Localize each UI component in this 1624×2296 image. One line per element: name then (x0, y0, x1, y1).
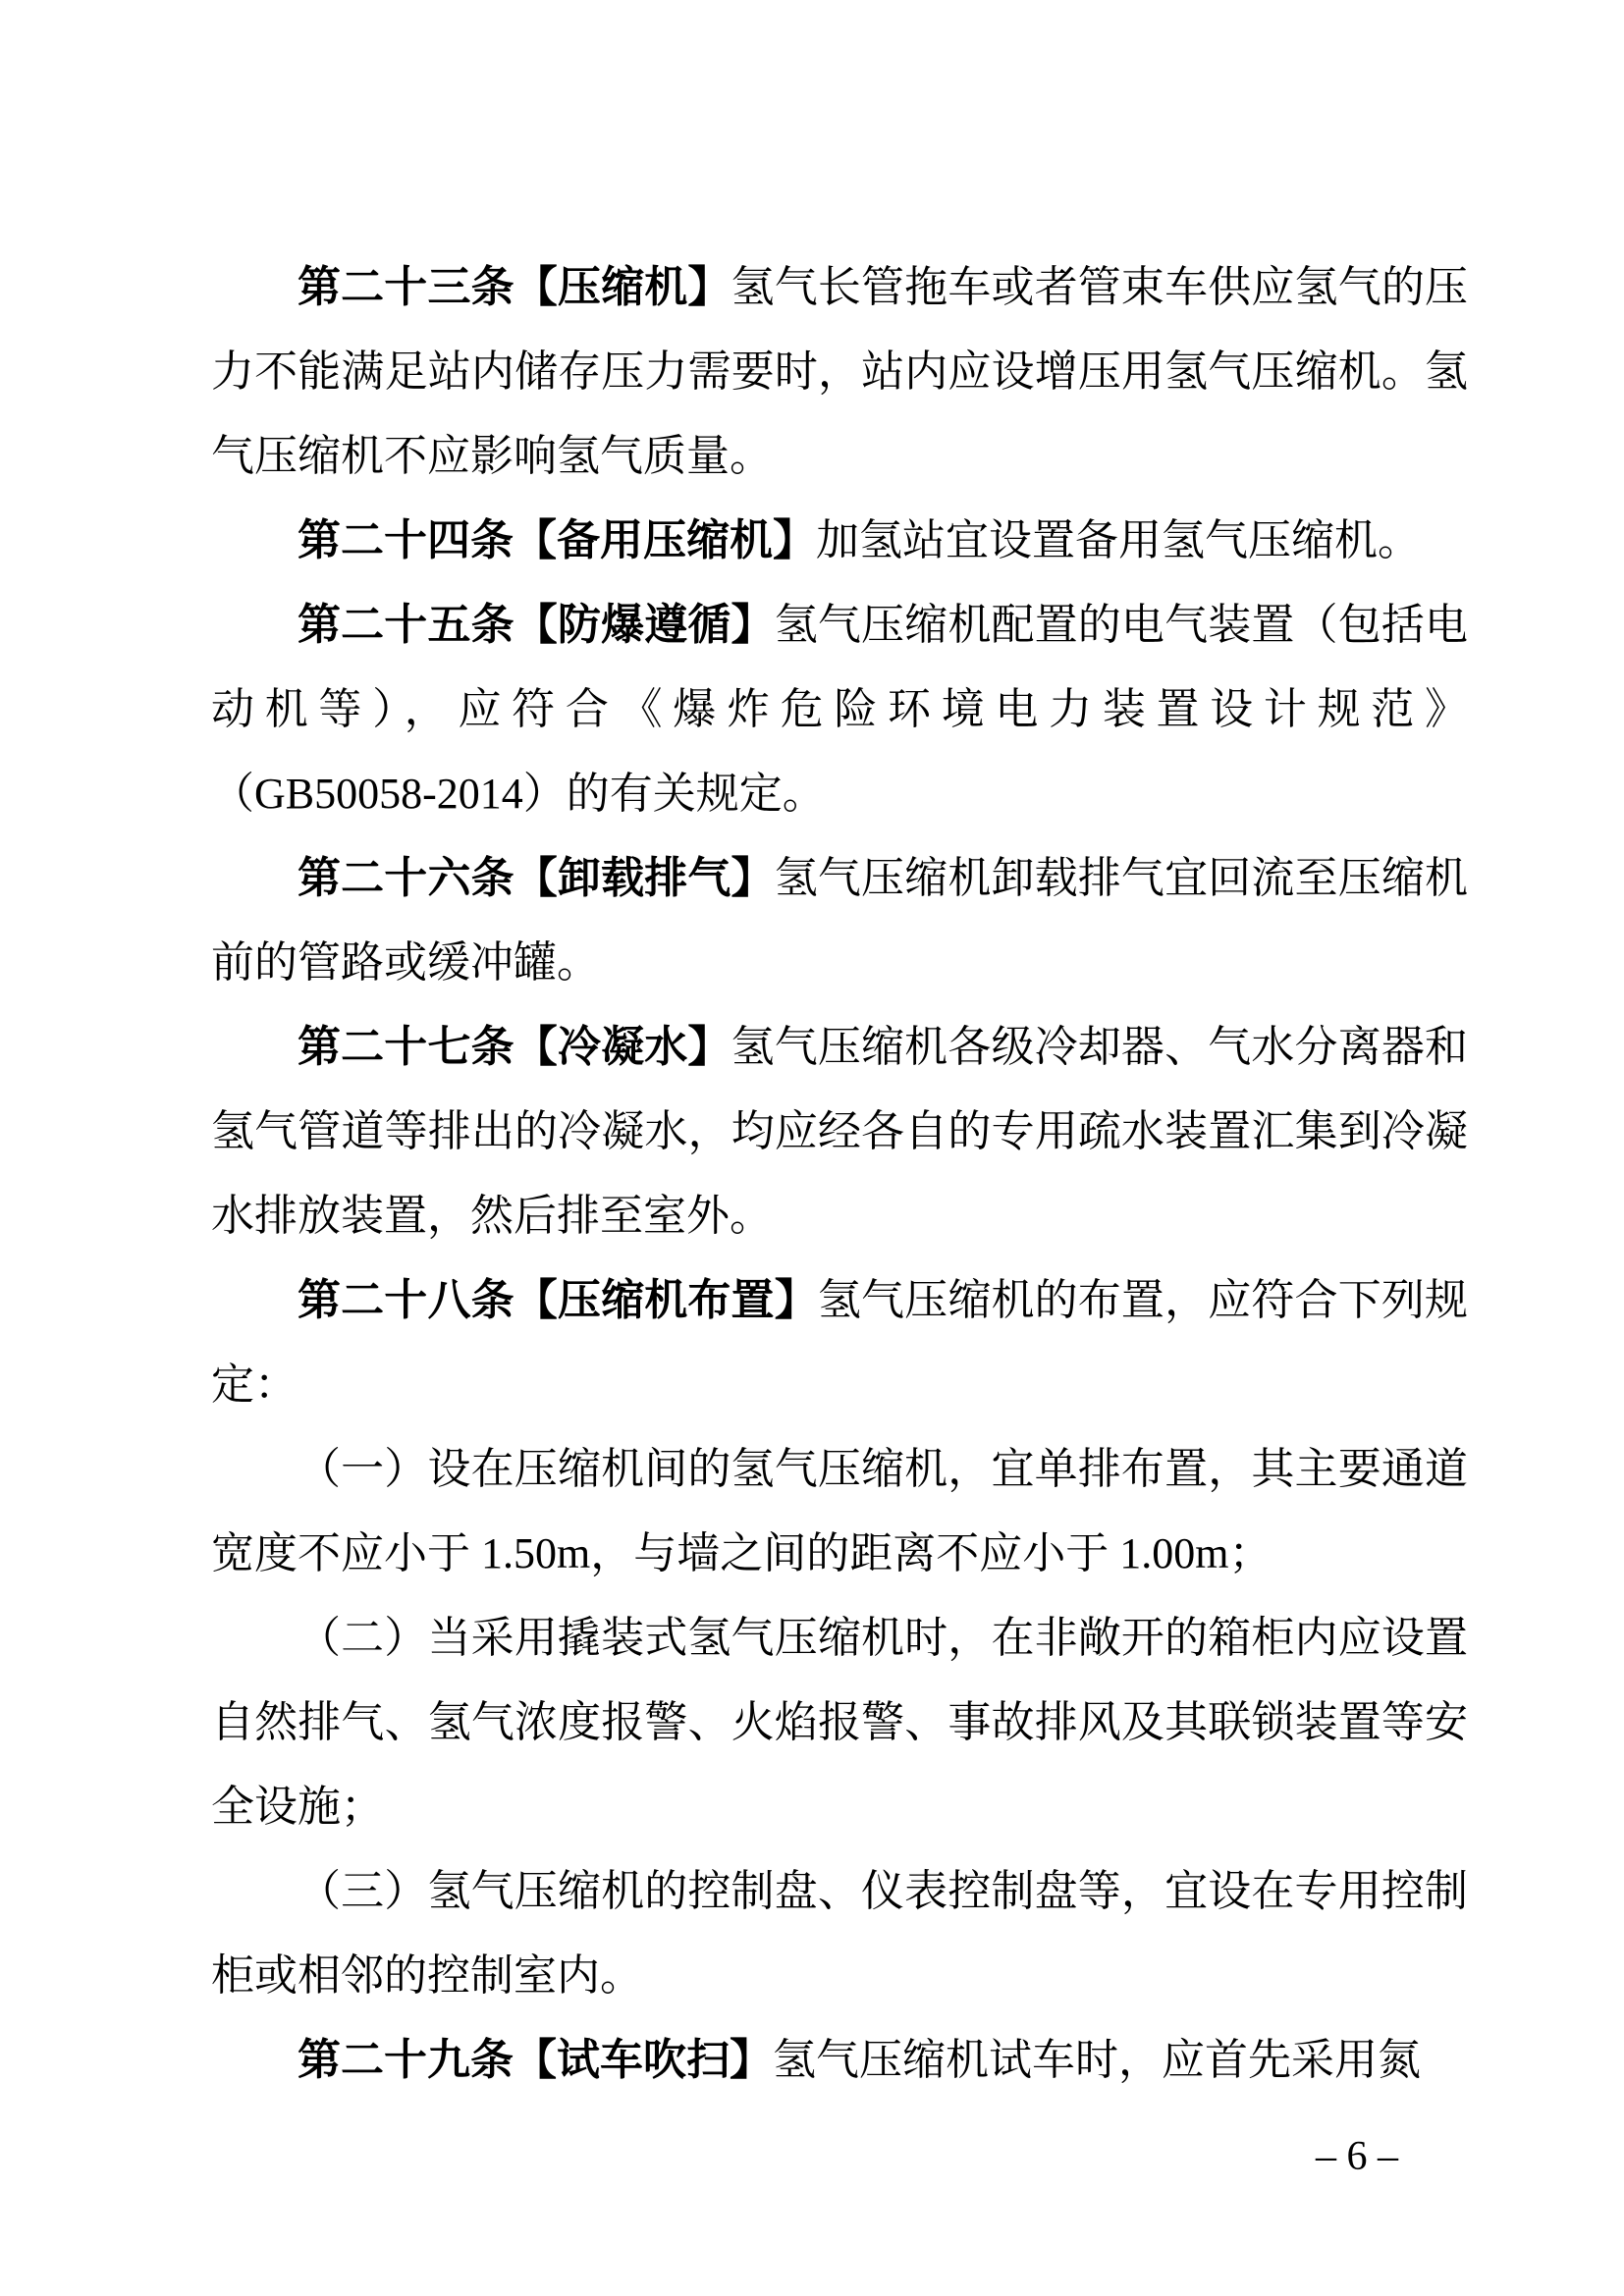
article-23-heading: 第二十三条【压缩机】 (298, 263, 731, 311)
paragraph-article-27: 第二十七条【冷凝水】氢气压缩机各级冷却器、气水分离器和氢气管道等排出的冷凝水，均… (211, 1005, 1468, 1258)
article-29-heading: 第二十九条【试车吹扫】 (298, 2036, 773, 2084)
page-number: – 6 – (1316, 2132, 1398, 2181)
article-26-heading: 第二十六条【卸载排气】 (298, 854, 775, 902)
article-29-text: 氢气压缩机试车时，应首先采用氮 (773, 2036, 1421, 2084)
paragraph-article-29: 第二十九条【试车吹扫】氢气压缩机试车时，应首先采用氮 (211, 2018, 1468, 2103)
paragraph-article-26: 第二十六条【卸载排气】氢气压缩机卸载排气宜回流至压缩机前的管路或缓冲罐。 (211, 836, 1468, 1005)
article-24-text: 加氢站宜设置备用氢气压缩机。 (816, 516, 1421, 564)
article-27-heading: 第二十七条【冷凝水】 (298, 1023, 731, 1071)
document-page: { "meta": { "colors": { "background": "#… (0, 0, 1624, 2296)
clause-item-3-text: （三）氢气压缩机的控制盘、仪表控制盘等，宜设在专用控制柜或相邻的控制室内。 (211, 1867, 1468, 2000)
paragraph-article-23: 第二十三条【压缩机】氢气长管拖车或者管束车供应氢气的压力不能满足站内储存压力需要… (211, 245, 1468, 499)
paragraph-clause-item-3: （三）氢气压缩机的控制盘、仪表控制盘等，宜设在专用控制柜或相邻的控制室内。 (211, 1849, 1468, 2018)
article-28-heading: 第二十八条【压缩机布置】 (298, 1276, 818, 1324)
paragraph-article-25: 第二十五条【防爆遵循】氢气压缩机配置的电气装置（包括电动机等），应符合《爆炸危险… (211, 583, 1468, 836)
article-24-heading: 第二十四条【备用压缩机】 (298, 516, 816, 564)
paragraph-article-24: 第二十四条【备用压缩机】加氢站宜设置备用氢气压缩机。 (211, 499, 1468, 583)
page-content: 第二十三条【压缩机】氢气长管拖车或者管束车供应氢气的压力不能满足站内储存压力需要… (211, 245, 1468, 2103)
article-25-heading: 第二十五条【防爆遵循】 (298, 601, 775, 649)
paragraph-article-28: 第二十八条【压缩机布置】氢气压缩机的布置，应符合下列规定： (211, 1258, 1468, 1427)
clause-item-2-text: （二）当采用撬装式氢气压缩机时，在非敞开的箱柜内应设置自然排气、氢气浓度报警、火… (211, 1614, 1468, 1831)
paragraph-clause-item-2: （二）当采用撬装式氢气压缩机时，在非敞开的箱柜内应设置自然排气、氢气浓度报警、火… (211, 1596, 1468, 1849)
clause-item-1-text: （一）设在压缩机间的氢气压缩机，宜单排布置，其主要通道宽度不应小于 1.50m，… (211, 1445, 1468, 1577)
paragraph-clause-item-1: （一）设在压缩机间的氢气压缩机，宜单排布置，其主要通道宽度不应小于 1.50m，… (211, 1427, 1468, 1596)
